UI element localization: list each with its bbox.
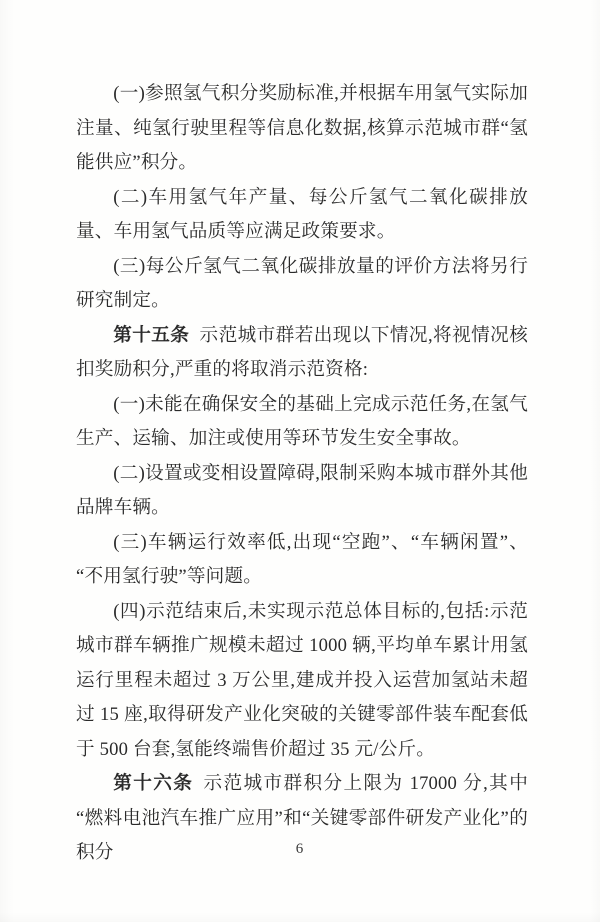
paragraph: (四)示范结束后,未实现示范总体目标的,包括:示范城市群车辆推广规模未超过 10…: [76, 595, 528, 768]
paragraph: (三)每公斤氢气二氧化碳排放量的评价方法将另行研究制定。: [76, 250, 528, 319]
article-number: 第十六条: [113, 773, 193, 794]
paragraph-text: (三)每公斤氢气二氧化碳排放量的评价方法将另行研究制定。: [76, 256, 528, 312]
paragraph: (一)未能在确保安全的基础上完成示范任务,在氢气生产、运输、加注或使用等环节发生…: [76, 388, 528, 457]
paragraph-text: (二)车用氢气年产量、每公斤氢气二氧化碳排放量、车用氢气品质等应满足政策要求。: [76, 187, 528, 243]
paragraph-text: (四)示范结束后,未实现示范总体目标的,包括:示范城市群车辆推广规模未超过 10…: [76, 601, 528, 760]
paragraph: (二)车用氢气年产量、每公斤氢气二氧化碳排放量、车用氢气品质等应满足政策要求。: [76, 181, 528, 250]
article-number: 第十五条: [113, 325, 189, 346]
paragraph: (二)设置或变相设置障碍,限制采购本城市群外其他品牌车辆。: [76, 457, 528, 526]
paragraph-text: (一)未能在确保安全的基础上完成示范任务,在氢气生产、运输、加注或使用等环节发生…: [76, 394, 528, 450]
page-number: 6: [0, 841, 600, 858]
document-page: (一)参照氢气积分奖励标准,并根据车用氢气实际加注量、纯氢行驶里程等信息化数据,…: [0, 0, 600, 922]
paragraph-text: (一)参照氢气积分奖励标准,并根据车用氢气实际加注量、纯氢行驶里程等信息化数据,…: [76, 83, 528, 173]
paragraph: (一)参照氢气积分奖励标准,并根据车用氢气实际加注量、纯氢行驶里程等信息化数据,…: [76, 77, 528, 181]
paragraph: (三)车辆运行效率低,出现“空跑”、“车辆闲置”、“不用氢行驶”等问题。: [76, 526, 528, 595]
paragraph-text: (三)车辆运行效率低,出现“空跑”、“车辆闲置”、“不用氢行驶”等问题。: [76, 532, 528, 588]
paragraph-text: (二)设置或变相设置障碍,限制采购本城市群外其他品牌车辆。: [76, 463, 528, 519]
document-body: (一)参照氢气积分奖励标准,并根据车用氢气实际加注量、纯氢行驶里程等信息化数据,…: [76, 77, 528, 871]
paragraph: 第十五条示范城市群若出现以下情况,将视情况核扣奖励积分,严重的将取消示范资格:: [76, 319, 528, 388]
